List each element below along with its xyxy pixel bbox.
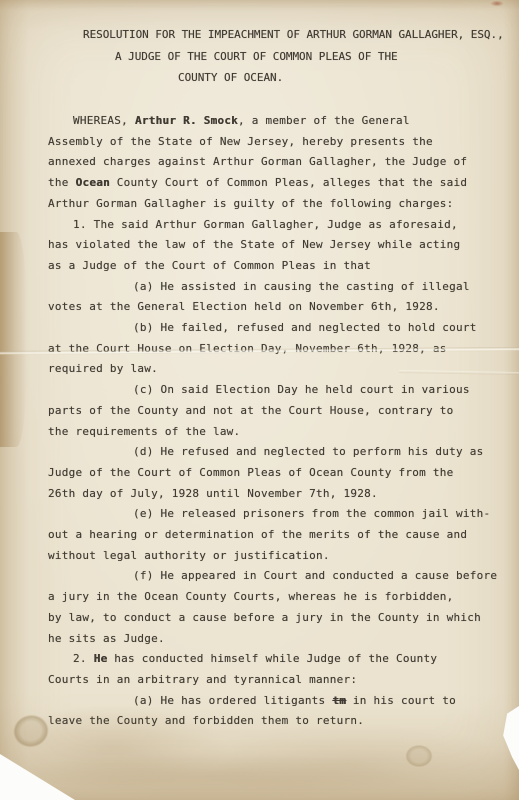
paragraph: WHEREAS, Arthur R. Smock, a member of th… bbox=[48, 111, 518, 215]
paragraph: (a) He has ordered litigants tm in his c… bbox=[48, 691, 518, 732]
title-line: A JUDGE OF THE COURT OF COMMON PLEAS OF … bbox=[115, 46, 519, 68]
paragraph: (a) He assisted in causing the casting o… bbox=[48, 277, 518, 318]
paragraph: (f) He appeared in Court and conducted a… bbox=[48, 566, 518, 649]
struck-out-text: tm bbox=[332, 694, 346, 707]
paragraph: (c) On said Election Day he held court i… bbox=[48, 380, 518, 442]
document-title: RESOLUTION FOR THE IMPEACHMENT OF ARTHUR… bbox=[0, 24, 519, 89]
title-line: COUNTY OF OCEAN. bbox=[178, 67, 519, 89]
overtyped-text: Ocean bbox=[76, 176, 110, 189]
document-body: WHEREAS, Arthur R. Smock, a member of th… bbox=[48, 111, 518, 732]
paragraph: 2. He has conducted himself while Judge … bbox=[48, 649, 518, 690]
typewritten-content: RESOLUTION FOR THE IMPEACHMENT OF ARTHUR… bbox=[0, 0, 519, 800]
document-page: RESOLUTION FOR THE IMPEACHMENT OF ARTHUR… bbox=[0, 0, 519, 800]
paragraph: (d) He refused and neglected to perform … bbox=[48, 442, 518, 504]
paragraph: 1. The said Arthur Gorman Gallagher, Jud… bbox=[48, 215, 518, 277]
paragraph: (b) He failed, refused and neglected to … bbox=[48, 318, 518, 380]
overtyped-text: He bbox=[94, 652, 108, 665]
title-line: RESOLUTION FOR THE IMPEACHMENT OF ARTHUR… bbox=[83, 24, 519, 46]
overtyped-text: Arthur R. Smock bbox=[135, 114, 238, 127]
paragraph: (e) He released prisoners from the commo… bbox=[48, 504, 518, 566]
